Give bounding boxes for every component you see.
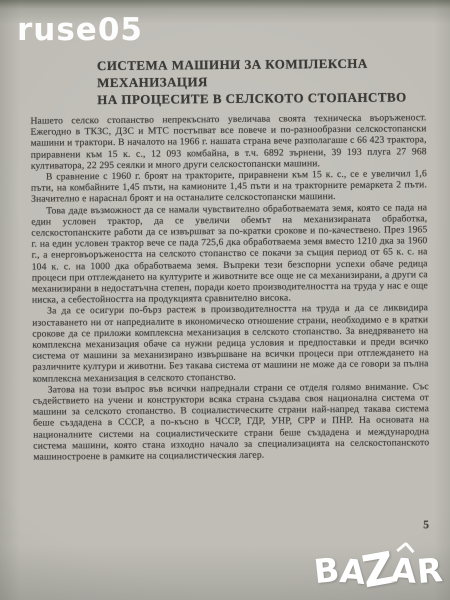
- paragraph: Нашето селско стопанство непрекъснато ув…: [30, 112, 426, 171]
- bazar-letter: R: [415, 553, 443, 588]
- bazar-letter: B: [313, 553, 341, 588]
- photo-of-book-page: СИСТЕМА МАШИНИ ЗА КОМПЛЕКСНА МЕХАНИЗАЦИЯ…: [0, 0, 450, 600]
- book-page-content: СИСТЕМА МАШИНИ ЗА КОМПЛЕКСНА МЕХАНИЗАЦИЯ…: [0, 0, 450, 600]
- paragraph: Това даде възможност да се намали чувств…: [31, 202, 428, 306]
- paragraph: В сравнение с 1960 г. броят на тракторит…: [31, 168, 427, 205]
- bazar-watermark: BAZAR: [314, 546, 442, 590]
- chapter-title-line-1: СИСТЕМА МАШИНИ ЗА КОМПЛЕКСНА МЕХАНИЗАЦИЯ: [97, 54, 428, 91]
- ruse05-watermark: ruse05: [17, 12, 143, 48]
- chapter-title-line-2: НА ПРОЦЕСИТЕ В СЕЛСКОТО СТОПАНСТВО: [97, 88, 428, 108]
- body-text: Нашето селско стопанство непрекъснато ув…: [0, 112, 450, 463]
- chapter-title: СИСТЕМА МАШИНИ ЗА КОМПЛЕКСНА МЕХАНИЗАЦИЯ…: [97, 54, 428, 108]
- bazar-letter: A: [390, 553, 418, 588]
- paragraph: Затова на този въпрос във всички напредн…: [33, 381, 430, 463]
- paragraph: За да се осигури по-бърз растеж в произв…: [32, 303, 429, 385]
- page-number: 5: [423, 519, 429, 531]
